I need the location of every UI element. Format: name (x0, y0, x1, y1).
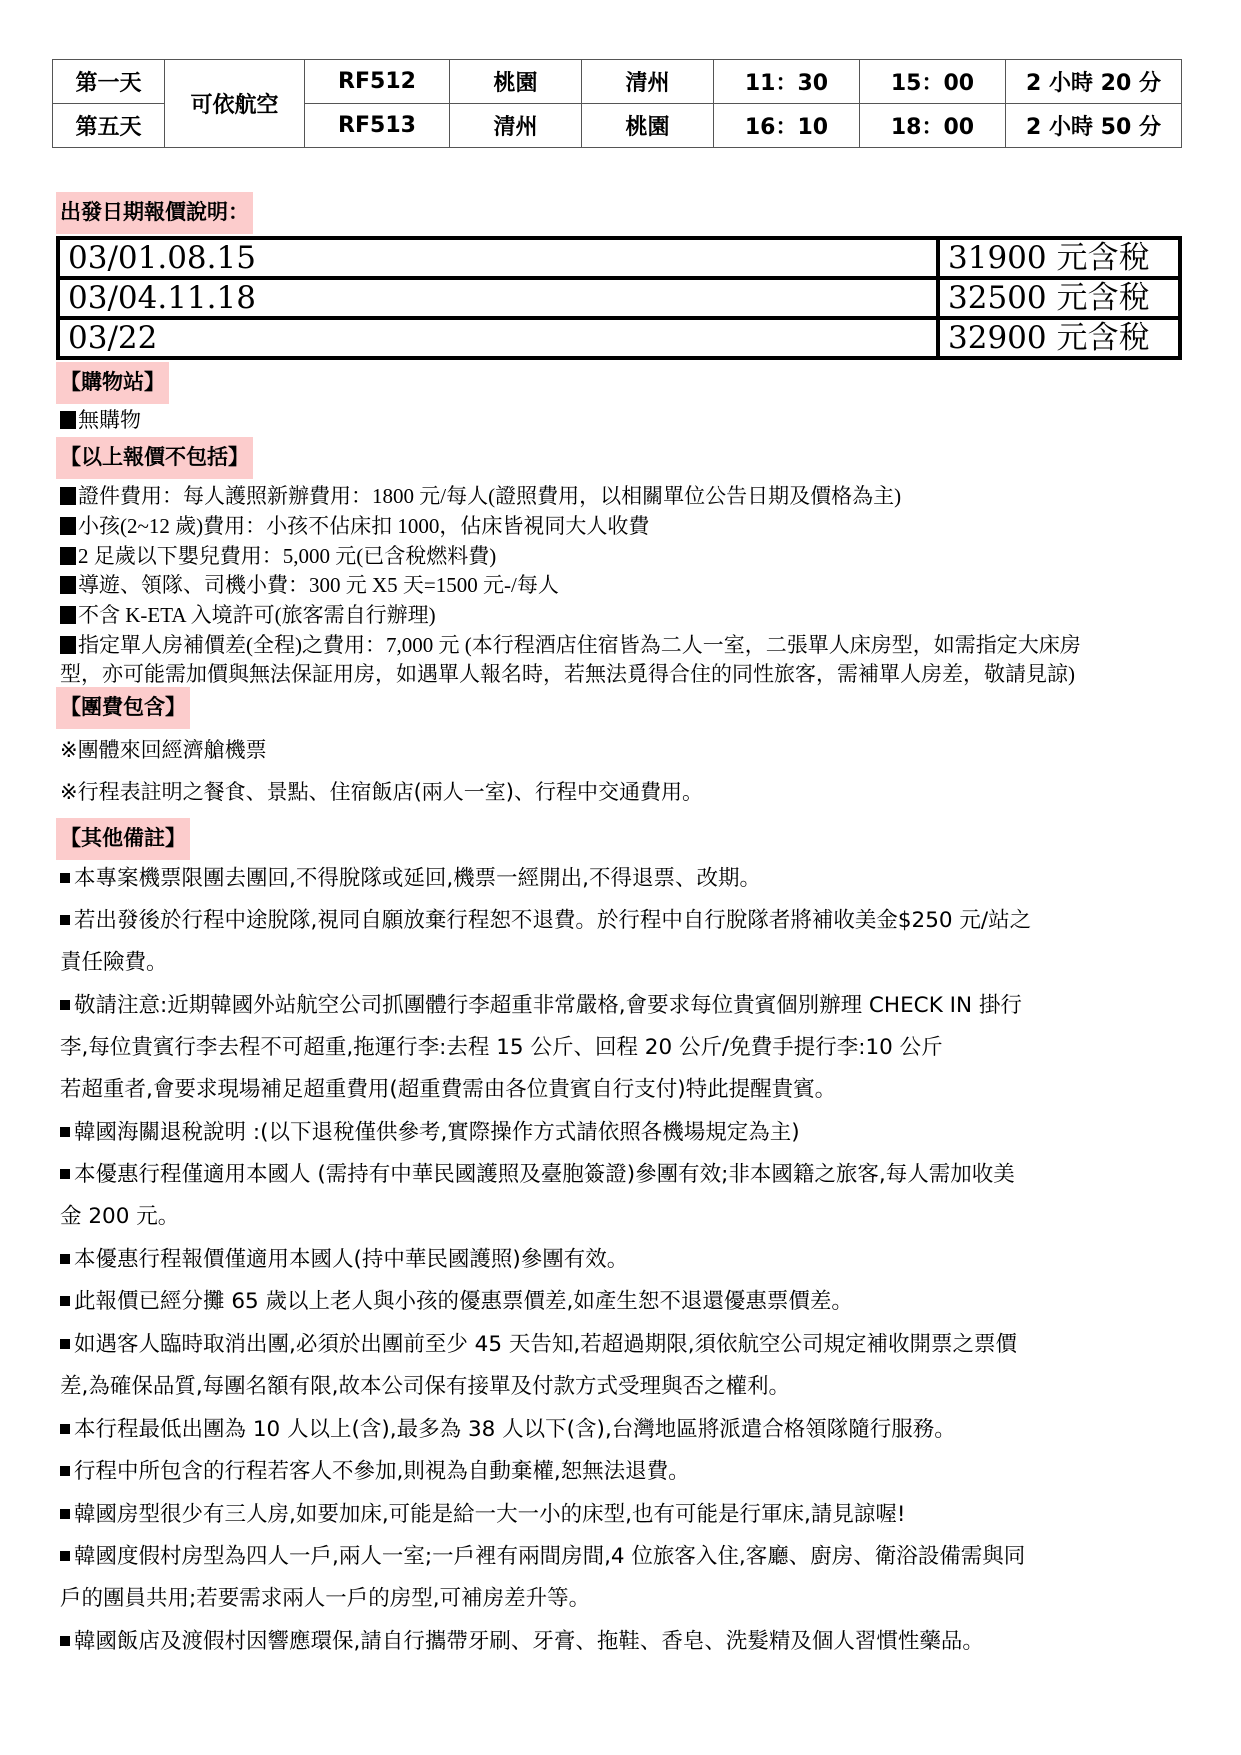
square-bullet-icon (60, 1509, 70, 1519)
square-bullet-icon (60, 1551, 70, 1561)
departure-dates: 03/04.11.18 (58, 278, 938, 318)
note-item: 此報價已經分攤 65 歲以上老人與小孩的優惠票價差,如產生恕不退還優惠票價差。 (60, 1287, 853, 1317)
square-bullet-icon (60, 411, 76, 429)
note-item: 敬請注意:近期韓國外站航空公司抓團體行李超重非常嚴格,會要求每位貴賓個別辦理 C… (60, 991, 1022, 1021)
square-bullet-icon (60, 1296, 70, 1306)
price-table: 03/01.08.15 31900 元含稅 03/04.11.18 32500 … (56, 236, 1182, 360)
tour-price: 32900 元含稅 (938, 318, 1180, 358)
note-item: 韓國飯店及渡假村因響應環保,請自行攜帶牙刷、牙膏、拖鞋、香皂、洗髮精及個人習慣性… (60, 1627, 984, 1657)
note-item: 本行程最低出團為 10 人以上(含),最多為 38 人以下(含),台灣地區將派遣… (60, 1415, 956, 1445)
note-item: 韓國海關退稅說明 :(以下退稅僅供參考,實際操作方式請依照各機場規定為主) (60, 1118, 800, 1148)
flight-destination: 桃園 (582, 104, 714, 148)
flight-depart-time: 11：30 (714, 60, 860, 104)
section-heading-pricing: 出發日期報價說明： (56, 192, 253, 234)
list-item: 無購物 (60, 405, 141, 435)
list-item: 小孩(2~12 歲)費用：小孩不佔床扣 1000，佔床皆視同大人收費 (60, 511, 649, 541)
airline-name: 可依航空 (165, 60, 305, 148)
list-item: 指定單人房補價差(全程)之費用：7,000 元 (本行程酒店住宿皆為二人一室，二… (60, 630, 1081, 660)
flight-depart-time: 16：10 (714, 104, 860, 148)
list-item: ※團體來回經濟艙機票 (60, 735, 267, 765)
square-bullet-icon (60, 547, 76, 565)
note-item-continuation: 差,為確保品質,每團名額有限,故本公司保有接單及付款方式受理與否之權利。 (60, 1372, 790, 1402)
flight-number: RF512 (305, 60, 450, 104)
departure-dates: 03/01.08.15 (58, 238, 938, 278)
note-item: 若出發後於行程中途脫隊,視同自願放棄行程恕不退費。於行程中自行脫隊者將補收美金$… (60, 906, 1031, 936)
flight-duration: 2 小時 20 分 (1006, 60, 1182, 104)
square-bullet-icon (60, 576, 76, 594)
list-item: 證件費用：每人護照新辦費用：1800 元/每人(證照費用，以相關單位公告日期及價… (60, 481, 901, 511)
note-item: 本優惠行程僅適用本國人 (需持有中華民國護照及臺胞簽證)參團有效;非本國籍之旅客… (60, 1160, 1015, 1190)
square-bullet-icon (60, 873, 70, 883)
note-item: 韓國度假村房型為四人一戶,兩人一室;一戶裡有兩間房間,4 位旅客入住,客廳、廚房… (60, 1542, 1025, 1572)
note-item-continuation: 戶的團員共用;若要需求兩人一戶的房型,可補房差升等。 (60, 1584, 590, 1614)
flight-duration: 2 小時 50 分 (1006, 104, 1182, 148)
flight-row: 第一天 可依航空 RF512 桃園 清州 11：30 15：00 2 小時 20… (53, 60, 1182, 104)
note-item-continuation: 若超重者,會要求現場補足超重費用(超重費需由各位貴賓自行支付)特此提醒貴賓。 (60, 1075, 836, 1105)
square-bullet-icon (60, 1000, 70, 1010)
list-item: ※行程表註明之餐食、景點、住宿飯店(兩人一室)、行程中交通費用。 (60, 777, 703, 807)
note-item-continuation: 責任險費。 (60, 948, 168, 978)
square-bullet-icon (60, 636, 76, 654)
list-item: 不含 K-ETA 入境許可(旅客需自行辦理) (60, 600, 436, 630)
departure-dates: 03/22 (58, 318, 938, 358)
tour-price: 32500 元含稅 (938, 278, 1180, 318)
square-bullet-icon (60, 1254, 70, 1264)
price-row: 03/01.08.15 31900 元含稅 (58, 238, 1180, 278)
flight-origin: 桃園 (450, 60, 582, 104)
square-bullet-icon (60, 1636, 70, 1646)
tour-price: 31900 元含稅 (938, 238, 1180, 278)
flight-origin: 清州 (450, 104, 582, 148)
price-row: 03/04.11.18 32500 元含稅 (58, 278, 1180, 318)
list-item: 導遊、領隊、司機小費：300 元 X5 天=1500 元-/每人 (60, 570, 559, 600)
note-item: 本專案機票限團去團回,不得脫隊或延回,機票一經開出,不得退票、改期。 (60, 864, 761, 894)
flight-day: 第五天 (53, 104, 165, 148)
section-heading-shopping: 【購物站】 (56, 362, 169, 404)
square-bullet-icon (60, 1424, 70, 1434)
flight-arrive-time: 18：00 (860, 104, 1006, 148)
flight-destination: 清州 (582, 60, 714, 104)
section-heading-excluded: 【以上報價不包括】 (56, 437, 253, 479)
square-bullet-icon (60, 1339, 70, 1349)
square-bullet-icon (60, 915, 70, 925)
square-bullet-icon (60, 606, 76, 624)
note-item: 韓國房型很少有三人房,如要加床,可能是給一大一小的床型,也有可能是行軍床,請見諒… (60, 1500, 905, 1530)
flight-number: RF513 (305, 104, 450, 148)
flight-table: 第一天 可依航空 RF512 桃園 清州 11：30 15：00 2 小時 20… (52, 59, 1182, 148)
note-item-continuation: 李,每位貴賓行李去程不可超重,拖運行李:去程 15 公斤、回程 20 公斤/免費… (60, 1033, 943, 1063)
list-item-continuation: 型，亦可能需加價與無法保証用房，如遇單人報名時，若無法覓得合住的同性旅客，需補單… (60, 659, 1075, 689)
note-item: 本優惠行程報價僅適用本國人(持中華民國護照)參團有效。 (60, 1245, 628, 1275)
note-item: 如遇客人臨時取消出團,必須於出團前至少 45 天告知,若超過期限,須依航空公司規… (60, 1330, 1017, 1360)
note-item-continuation: 金 200 元。 (60, 1202, 179, 1232)
section-heading-included: 【團費包含】 (56, 687, 190, 729)
flight-arrive-time: 15：00 (860, 60, 1006, 104)
square-bullet-icon (60, 1169, 70, 1179)
section-heading-notes: 【其他備註】 (56, 818, 190, 860)
square-bullet-icon (60, 487, 76, 505)
square-bullet-icon (60, 517, 76, 535)
square-bullet-icon (60, 1466, 70, 1476)
price-row: 03/22 32900 元含稅 (58, 318, 1180, 358)
note-item: 行程中所包含的行程若客人不參加,則視為自動棄權,恕無法退費。 (60, 1457, 690, 1487)
flight-day: 第一天 (53, 60, 165, 104)
square-bullet-icon (60, 1127, 70, 1137)
list-item: 2 足歲以下嬰兒費用：5,000 元(已含稅燃料費) (60, 541, 496, 571)
